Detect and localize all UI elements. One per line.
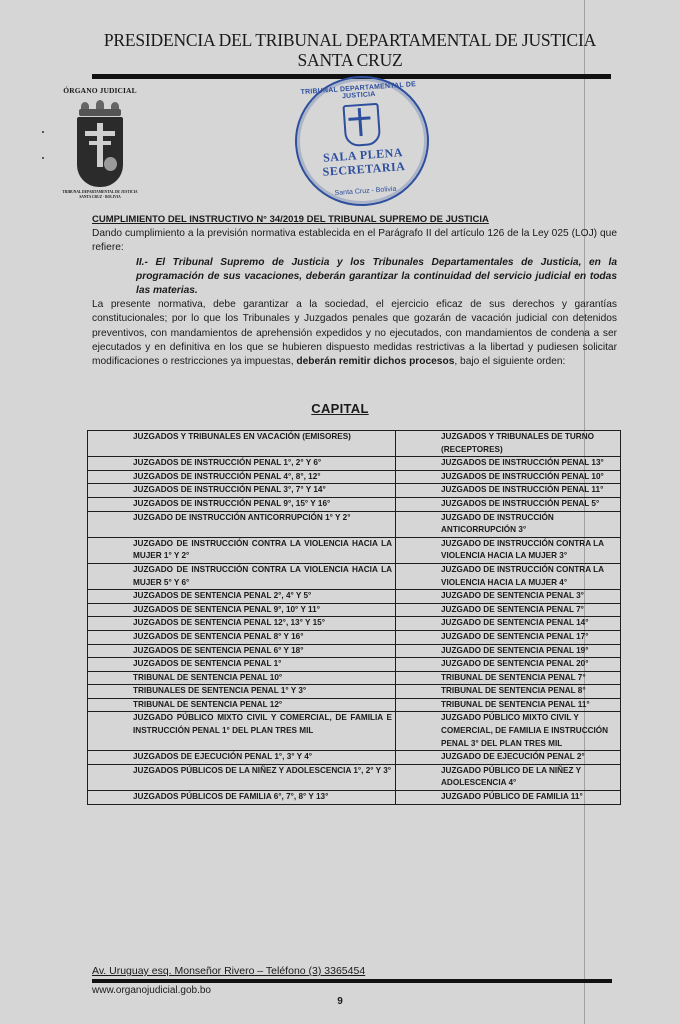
table-row: JUZGADOS DE INSTRUCCIÓN PENAL 4°, 8°, 12… — [88, 470, 621, 484]
receptor-cell: TRIBUNAL DE SENTENCIA PENAL 11° — [396, 698, 621, 712]
table-header-row: JUZGADOS Y TRIBUNALES EN VACACIÓN (EMISO… — [88, 431, 621, 457]
logo-subtitle: TRIBUNAL DEPARTAMENTAL DE JUSTICIA SANTA… — [40, 190, 160, 200]
receptor-cell: JUZGADO DE SENTENCIA PENAL 17° — [396, 630, 621, 644]
sala-plena-stamp: TRIBUNAL DEPARTAMENTAL DE JUSTICIA SALA … — [291, 71, 434, 210]
footer-rule — [92, 979, 612, 983]
organo-judicial-logo: ÓRGANO JUDICIAL TRIBUNAL DEPARTAMENTAL D… — [40, 86, 160, 200]
logo-title: ÓRGANO JUDICIAL — [40, 86, 160, 95]
coat-of-arms-shield-icon — [77, 117, 123, 187]
table-row: JUZGADOS PÚBLICOS DE FAMILIA 6°, 7°, 8° … — [88, 791, 621, 805]
receptor-cell: JUZGADO PÚBLICO DE LA NIÑEZ Y ADOLESCENC… — [396, 764, 621, 790]
receptor-cell: JUZGADO DE SENTENCIA PENAL 7° — [396, 603, 621, 617]
receptor-cell: JUZGADOS DE INSTRUCCIÓN PENAL 10° — [396, 470, 621, 484]
emphasis-text: deberán remitir dichos procesos — [296, 356, 454, 367]
margin-dot — [42, 131, 44, 133]
table-row: JUZGADOS DE SENTENCIA PENAL 6° Y 18°JUZG… — [88, 644, 621, 658]
page-number: 9 — [0, 996, 680, 1007]
emisor-cell: TRIBUNAL DE SENTENCIA PENAL 10° — [88, 671, 396, 685]
receptor-cell: JUZGADO DE INSTRUCCIÓN CONTRA LA VIOLENC… — [396, 563, 621, 589]
emisor-cell: JUZGADOS DE SENTENCIA PENAL 2°, 4° Y 5° — [88, 590, 396, 604]
table-row: JUZGADOS DE SENTENCIA PENAL 8° Y 16°JUZG… — [88, 630, 621, 644]
table-row: JUZGADOS PÚBLICOS DE LA NIÑEZ Y ADOLESCE… — [88, 764, 621, 790]
emisor-cell: JUZGADOS DE SENTENCIA PENAL 8° Y 16° — [88, 630, 396, 644]
receptor-cell: JUZGADOS DE INSTRUCCIÓN PENAL 11° — [396, 484, 621, 498]
table-row: JUZGADOS DE INSTRUCCIÓN PENAL 1°, 2° Y 6… — [88, 457, 621, 471]
crown-icon — [77, 98, 123, 116]
table-row: JUZGADO DE INSTRUCCIÓN ANTICORRUPCIÓN 1°… — [88, 511, 621, 537]
table-row: JUZGADO PÚBLICO MIXTO CIVIL Y COMERCIAL,… — [88, 712, 621, 751]
footer-website: www.organojudicial.gob.bo — [92, 985, 211, 996]
receptor-cell: JUZGADO PÚBLICO MIXTO CIVIL Y COMERCIAL,… — [396, 712, 621, 751]
emisor-cell: JUZGADOS DE INSTRUCCIÓN PENAL 4°, 8°, 12… — [88, 470, 396, 484]
title-line-1: PRESIDENCIA DEL TRIBUNAL DEPARTAMENTAL D… — [90, 30, 610, 50]
title-line-2: SANTA CRUZ — [90, 50, 610, 70]
emisor-cell: JUZGADOS DE SENTENCIA PENAL 6° Y 18° — [88, 644, 396, 658]
receptor-cell: JUZGADO DE INSTRUCCIÓN ANTICORRUPCIÓN 3° — [396, 511, 621, 537]
emisor-cell: JUZGADO DE INSTRUCCIÓN CONTRA LA VIOLENC… — [88, 537, 396, 563]
receptor-cell: TRIBUNAL DE SENTENCIA PENAL 7° — [396, 671, 621, 685]
court-assignment-table: JUZGADOS Y TRIBUNALES EN VACACIÓN (EMISO… — [87, 430, 621, 805]
table-row: TRIBUNAL DE SENTENCIA PENAL 12°TRIBUNAL … — [88, 698, 621, 712]
emisor-cell: JUZGADOS Y TRIBUNALES EN VACACIÓN (EMISO… — [88, 431, 396, 457]
margin-dot — [42, 157, 44, 159]
table-row: TRIBUNALES DE SENTENCIA PENAL 1° Y 3°TRI… — [88, 685, 621, 699]
emisor-cell: JUZGADOS DE INSTRUCCIÓN PENAL 1°, 2° Y 6… — [88, 457, 396, 471]
emisor-cell: JUZGADOS DE EJECUCIÓN PENAL 1°, 3° Y 4° — [88, 751, 396, 765]
law-quote: II.- El Tribunal Supremo de Justicia y l… — [92, 256, 617, 299]
section-heading: CUMPLIMIENTO DEL INSTRUCTIVO N° 34/2019 … — [92, 213, 617, 227]
receptor-cell: JUZGADO PÚBLICO DE FAMILIA 11° — [396, 791, 621, 805]
stamp-crest-icon — [342, 103, 381, 147]
table-row: JUZGADOS DE SENTENCIA PENAL 1°JUZGADO DE… — [88, 658, 621, 672]
table-row: JUZGADO DE INSTRUCCIÓN CONTRA LA VIOLENC… — [88, 563, 621, 589]
table-row: JUZGADOS DE EJECUCIÓN PENAL 1°, 3° Y 4°J… — [88, 751, 621, 765]
section-title-capital: CAPITAL — [0, 401, 680, 416]
receptor-cell: JUZGADO DE SENTENCIA PENAL 19° — [396, 644, 621, 658]
receptor-cell: JUZGADO DE EJECUCIÓN PENAL 2° — [396, 751, 621, 765]
stamp-bottom-text: Santa Cruz - Bolivia — [300, 183, 430, 199]
receptor-cell: JUZGADO DE SENTENCIA PENAL 3° — [396, 590, 621, 604]
emisor-cell: JUZGADOS PÚBLICOS DE FAMILIA 6°, 7°, 8° … — [88, 791, 396, 805]
emisor-cell: JUZGADO DE INSTRUCCIÓN ANTICORRUPCIÓN 1°… — [88, 511, 396, 537]
emisor-cell: JUZGADO DE INSTRUCCIÓN CONTRA LA VIOLENC… — [88, 563, 396, 589]
table-row: JUZGADOS DE SENTENCIA PENAL 12°, 13° Y 1… — [88, 617, 621, 631]
emisor-cell: TRIBUNALES DE SENTENCIA PENAL 1° Y 3° — [88, 685, 396, 699]
document-body: CUMPLIMIENTO DEL INSTRUCTIVO N° 34/2019 … — [92, 213, 617, 369]
table-row: JUZGADOS DE INSTRUCCIÓN PENAL 9°, 15° Y … — [88, 497, 621, 511]
emisor-cell: JUZGADOS DE SENTENCIA PENAL 1° — [88, 658, 396, 672]
table-row: JUZGADO DE INSTRUCCIÓN CONTRA LA VIOLENC… — [88, 537, 621, 563]
document-title: PRESIDENCIA DEL TRIBUNAL DEPARTAMENTAL D… — [90, 30, 610, 70]
intro-paragraph: Dando cumplimiento a la previsión normat… — [92, 227, 617, 255]
main-paragraph: La presente normativa, debe garantizar a… — [92, 298, 617, 369]
emisor-cell: TRIBUNAL DE SENTENCIA PENAL 12° — [88, 698, 396, 712]
emisor-cell: JUZGADOS DE SENTENCIA PENAL 12°, 13° Y 1… — [88, 617, 396, 631]
receptor-cell: JUZGADOS DE INSTRUCCIÓN PENAL 5° — [396, 497, 621, 511]
receptor-cell: JUZGADO DE SENTENCIA PENAL 20° — [396, 658, 621, 672]
table-row: TRIBUNAL DE SENTENCIA PENAL 10°TRIBUNAL … — [88, 671, 621, 685]
receptor-cell: TRIBUNAL DE SENTENCIA PENAL 8° — [396, 685, 621, 699]
receptor-cell: JUZGADOS Y TRIBUNALES DE TURNO (RECEPTOR… — [396, 431, 621, 457]
stamp-ring-text: TRIBUNAL DEPARTAMENTAL DE JUSTICIA — [293, 81, 424, 104]
emisor-cell: JUZGADOS DE INSTRUCCIÓN PENAL 3°, 7° Y 1… — [88, 484, 396, 498]
table-row: JUZGADOS DE INSTRUCCIÓN PENAL 3°, 7° Y 1… — [88, 484, 621, 498]
table-row: JUZGADOS DE SENTENCIA PENAL 9°, 10° Y 11… — [88, 603, 621, 617]
receptor-cell: JUZGADO DE SENTENCIA PENAL 14° — [396, 617, 621, 631]
emisor-cell: JUZGADOS DE SENTENCIA PENAL 9°, 10° Y 11… — [88, 603, 396, 617]
emisor-cell: JUZGADOS PÚBLICOS DE LA NIÑEZ Y ADOLESCE… — [88, 764, 396, 790]
emisor-cell: JUZGADO PÚBLICO MIXTO CIVIL Y COMERCIAL,… — [88, 712, 396, 751]
receptor-cell: JUZGADO DE INSTRUCCIÓN CONTRA LA VIOLENC… — [396, 537, 621, 563]
emisor-cell: JUZGADOS DE INSTRUCCIÓN PENAL 9°, 15° Y … — [88, 497, 396, 511]
table-row: JUZGADOS DE SENTENCIA PENAL 2°, 4° Y 5°J… — [88, 590, 621, 604]
footer-address: Av. Uruguay esq. Monseñor Rivero – Teléf… — [92, 965, 365, 977]
receptor-cell: JUZGADOS DE INSTRUCCIÓN PENAL 13° — [396, 457, 621, 471]
